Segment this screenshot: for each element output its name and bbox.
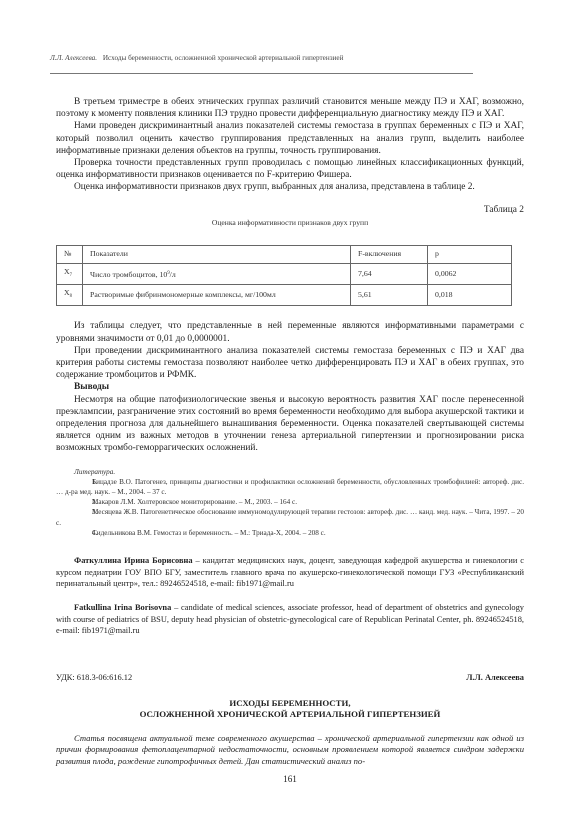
table-header-row: № Показатели F-включения p: [57, 246, 512, 264]
cell-p-value: 0,0062: [428, 264, 512, 285]
header-cell-f: F-включения: [351, 246, 428, 264]
table-row: X8 Растворимые фибринмономерные комплекс…: [57, 285, 512, 306]
paragraph: Нами проведен дискриминантный анализ пок…: [56, 120, 524, 157]
table-caption: Оценка информативности признаков двух гр…: [56, 217, 524, 229]
header-cell-p: p: [428, 246, 512, 264]
paragraph: Оценка информативности признаков двух гр…: [56, 181, 524, 193]
cell-indicator: Число тромбоцитов, 109/л: [83, 264, 351, 285]
references: Литература. 1.Бицадзе В.О. Патогенез, пр…: [56, 467, 524, 538]
reference-item: 3.Месяцева Ж.В. Патогенетическое обоснов…: [56, 507, 524, 527]
references-heading: Литература.: [56, 467, 524, 477]
conclusions-heading: Выводы: [56, 381, 524, 393]
paragraph: В третьем триместре в обеих этнических г…: [56, 96, 524, 120]
cell-variable: X8: [57, 285, 83, 306]
table-row: X7 Число тромбоцитов, 109/л 7,64 0,0062: [57, 264, 512, 285]
next-article-title: ИСХОДЫ БЕРЕМЕННОСТИ, ОСЛОЖНЕННОЙ ХРОНИЧЕ…: [56, 698, 524, 720]
udk-code: УДК: 618.3-06:616.12: [56, 672, 132, 684]
table-number: Таблица 2: [56, 204, 524, 216]
author-bio-en: Fatkullina Irina Borisovna – candidate o…: [56, 602, 524, 636]
cell-variable: X7: [57, 264, 83, 285]
author-bio-ru: Фаткуллина Ирина Борисовна – кандитат ме…: [56, 555, 524, 589]
header-cell-indicator: Показатели: [83, 246, 351, 264]
running-head-author: Л.Л. Алексеева.: [50, 54, 97, 62]
header-cell-number: №: [57, 246, 83, 264]
udk-row: УДК: 618.3-06:616.12 Л.Л. Алексеева: [56, 672, 524, 684]
running-head: Л.Л. Алексеева. Исходы беременности, осл…: [50, 54, 530, 62]
paragraph: Из таблицы следует, что представленные в…: [56, 320, 524, 344]
next-article-author: Л.Л. Алексеева: [466, 672, 524, 684]
header-rule: [50, 73, 473, 74]
page-number: 161: [56, 773, 524, 785]
conclusions-text: Несмотря на общие патофизиологические зв…: [56, 394, 524, 455]
reference-item: 4.Сидельникова В.М. Гемостаз и беременно…: [56, 528, 524, 538]
cell-f-value: 5,61: [351, 285, 428, 306]
journal-page: Л.Л. Алексеева. Исходы беременности, осл…: [0, 0, 580, 820]
reference-item: 2.Макаров Л.М. Холтеровское мониторирова…: [56, 497, 524, 507]
next-article-abstract: Статья посвящена актуальной теме совреме…: [56, 733, 524, 767]
informativeness-table: № Показатели F-включения p X7 Число тром…: [56, 245, 512, 306]
cell-f-value: 7,64: [351, 264, 428, 285]
article-body: В третьем триместре в обеих этнических г…: [56, 96, 524, 785]
paragraph: При проведении дискриминантного анализа …: [56, 345, 524, 382]
running-head-title: Исходы беременности, осложненной хрониче…: [103, 54, 344, 62]
cell-indicator: Растворимые фибринмономерные комплексы, …: [83, 285, 351, 306]
author-name-en: Fatkullina Irina Borisovna: [74, 603, 171, 612]
cell-p-value: 0,018: [428, 285, 512, 306]
reference-item: 1.Бицадзе В.О. Патогенез, принципы диагн…: [56, 477, 524, 497]
paragraph: Проверка точности представленных групп п…: [56, 157, 524, 181]
author-name-ru: Фаткуллина Ирина Борисовна: [74, 556, 193, 565]
